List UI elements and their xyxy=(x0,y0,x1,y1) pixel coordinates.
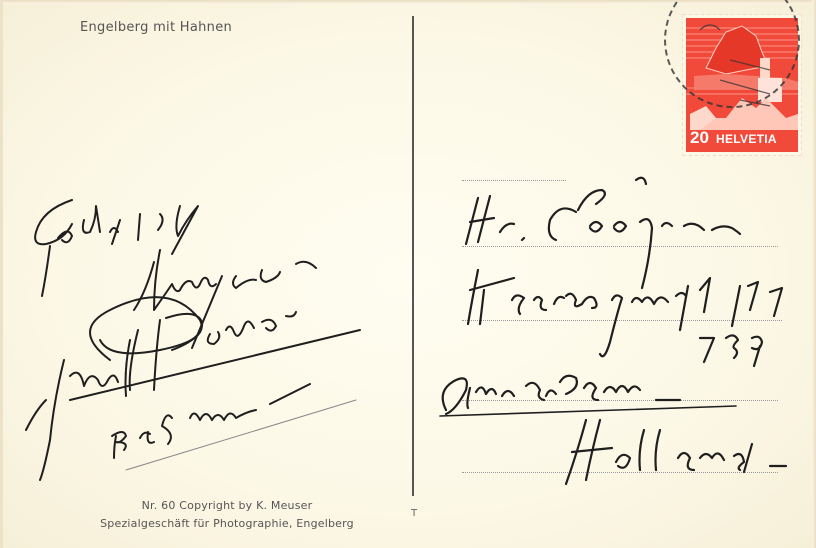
postcard: Engelberg mit Hahnen T Nr. 60 Copyright … xyxy=(0,0,816,548)
handwritten-message xyxy=(0,0,816,548)
